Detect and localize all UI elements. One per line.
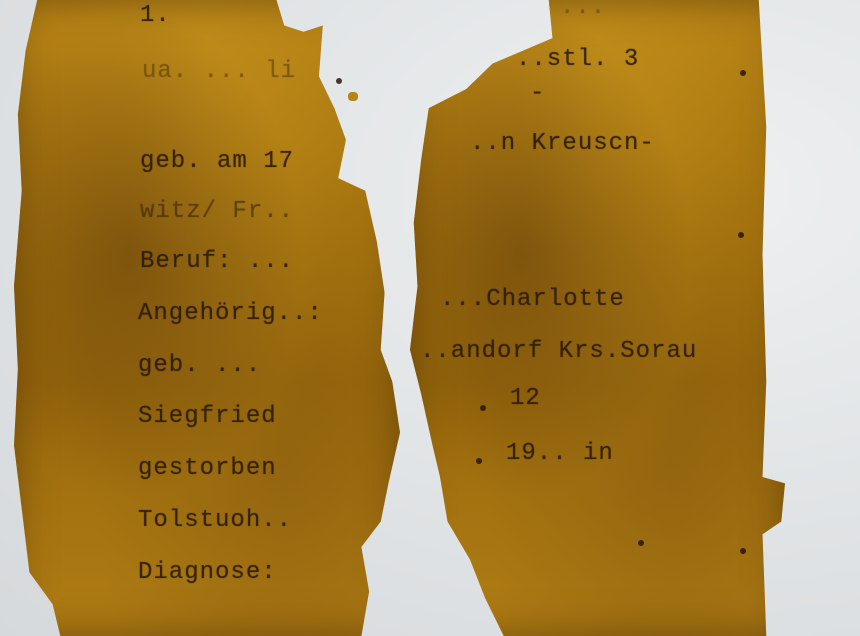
typed-line: ..andorf Krs.Sorau	[420, 338, 697, 365]
typed-line: Angehörig..:	[138, 300, 323, 327]
typed-line: geb. am 17	[140, 148, 294, 175]
typed-line: ..n Kreuscn-	[470, 130, 655, 157]
typed-line: gestorben	[138, 455, 277, 482]
typed-line: witz/ Fr..	[140, 198, 294, 225]
ink-speck	[480, 405, 486, 411]
typed-line: -	[530, 80, 545, 107]
ink-speck	[740, 70, 746, 76]
typed-line: ua. ... li	[142, 58, 296, 85]
right-paper-fragment	[410, 0, 785, 636]
ink-speck	[638, 540, 644, 546]
typed-line: ...	[560, 0, 606, 21]
ink-speck	[336, 78, 342, 84]
typed-line: Diagnose:	[138, 559, 277, 586]
typed-line: ..stl. 3	[516, 46, 639, 73]
typed-line: 12	[510, 385, 541, 412]
ink-speck	[740, 548, 746, 554]
paper-flake	[348, 92, 358, 101]
typed-line: Tolstuoh..	[138, 507, 292, 534]
typed-line: geb. ...	[138, 352, 261, 379]
typed-line: 1.	[140, 2, 171, 29]
typed-line: Beruf: ...	[140, 248, 294, 275]
typed-line: 19.. in	[506, 440, 614, 467]
ink-speck	[738, 232, 744, 238]
typed-line: ...Charlotte	[440, 286, 625, 313]
ink-speck	[476, 458, 482, 464]
typed-line: Siegfried	[138, 403, 277, 430]
